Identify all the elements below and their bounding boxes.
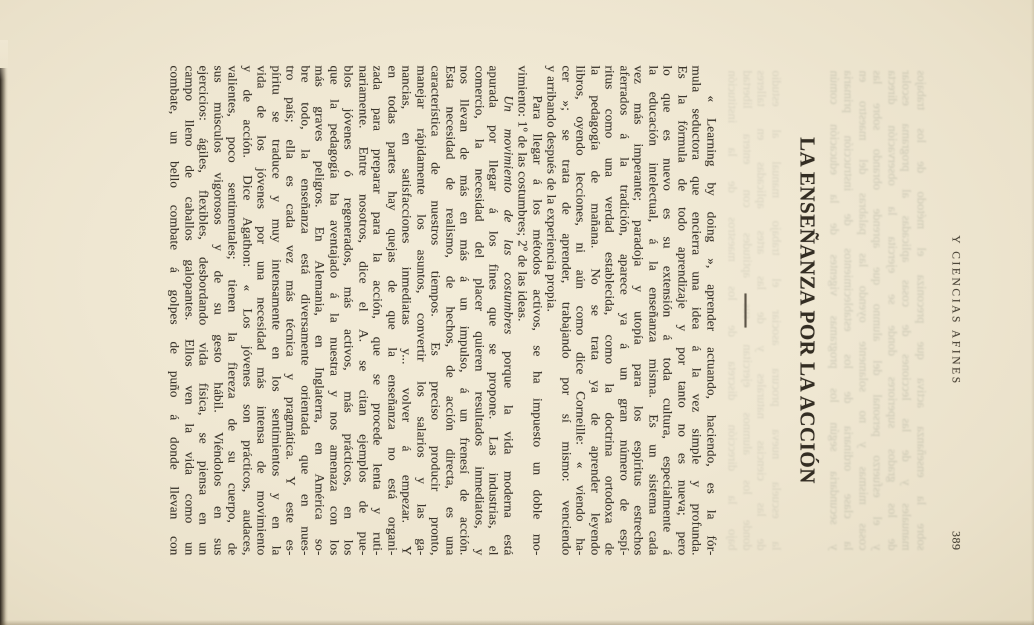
ink-showthrough-upper: sobre la enseñanza activa que preconiza …	[827, 71, 929, 551]
body-line: vez más imperante; paradoja y utopía par…	[632, 66, 647, 556]
body-line: y arribando después de la experiencia pr…	[545, 66, 560, 556]
body-line: y de acción. Dice Agathon: « Los jóvenes…	[240, 66, 255, 556]
page-number: 389	[949, 517, 964, 551]
body-line: Un movimiento de las costumbres porque l…	[501, 66, 516, 556]
body-line: Es la fórmula de todo aprendizaje y por …	[675, 66, 690, 556]
body-line: píritu se traduce y muy intensamente en …	[269, 66, 284, 556]
scan-edge-shadow-fade	[0, 40, 8, 80]
body-line: mula seductora que encierra una idea á l…	[690, 66, 705, 556]
showthrough-line: de las ciencias naturales y de las artes…	[755, 71, 770, 551]
ink-showthrough-mid: la escuela nueva procura asociar el trab…	[726, 71, 784, 551]
body-line: vida de los jóvenes por una necesidad má…	[255, 66, 270, 556]
body-line: cer »; se trata de aprender, trabajando …	[559, 66, 574, 556]
body-line: nariamente. Entre nosotros, dice el A. s…	[356, 66, 371, 556]
body-text: « Learning by doing », aprender actuando…	[168, 66, 719, 556]
body-line: ejercicios: ágiles, flexibles, desbordan…	[197, 66, 212, 556]
body-line: valientes, poco sentimentales; tienen la…	[226, 66, 241, 556]
article-title: LA ENSEÑANZA POR LA ACCIÓN	[795, 66, 820, 556]
body-line: manejar rápidamente los asuntos, convert…	[414, 66, 429, 556]
scan-edge-shadow-bottom	[0, 620, 1034, 625]
showthrough-line: la clase ordinaria de los establecimient…	[842, 71, 857, 551]
showthrough-line: donde los alumnos ejercitan sus aptitude…	[740, 71, 755, 551]
body-line: apurada por llegar á los fines que se pr…	[487, 66, 502, 556]
body-line: más graves peligros. En Alemania, en Ing…	[313, 66, 328, 556]
body-line: tro país; ella es cada vez más técnica y…	[284, 66, 299, 556]
body-line: aferrados á la tradición, aparece ya á u…	[617, 66, 632, 556]
body-line: lo que es nuevo es su extensión á toda c…	[661, 66, 676, 556]
body-line: que la pedagogía ha aventajado á la nues…	[327, 66, 342, 556]
body-line: « Learning by doing », aprender actuando…	[704, 66, 719, 556]
rotated-page-content: sobre la enseñanza activa que preconiza …	[0, 1, 1034, 625]
body-line: vimiento: 1º de las costumbres; 2º de la…	[516, 66, 531, 556]
running-head: Y CIENCIAS AFINES	[950, 66, 962, 556]
showthrough-line: manuales y de las lecciones de cosas apl…	[900, 71, 915, 551]
document-scan: sobre la enseñanza activa que preconiza …	[0, 0, 1034, 625]
body-line: Para llegar á los métodos activos, se ha…	[530, 66, 545, 556]
showthrough-line: y el esfuerzo personal del alumno que ap…	[871, 71, 886, 551]
body-line: blos jóvenes ó regenerados, más activos,…	[342, 66, 357, 556]
showthrough-line: de los grados superiores donde se ejerci…	[885, 71, 900, 551]
body-line: sus músculos vigorosos y de su gesto háb…	[211, 66, 226, 556]
showthrough-line: la escuela nueva procura asociar el trab…	[769, 71, 784, 551]
body-line: bre todo, la enseñanza está diversamente…	[298, 66, 313, 556]
body-line: nancias, en satisfacciones inmediatas y.…	[400, 66, 415, 556]
showthrough-line: sobre la enseñanza activa que preconiza …	[914, 71, 929, 551]
body-line: zada para preparar para la acción, que s…	[371, 66, 386, 556]
showthrough-line: bajo la dirección discreta de los maestr…	[726, 71, 741, 551]
body-line: en todas partes hay quejas de que la ens…	[385, 66, 400, 556]
body-line: comercio, la necesidad del placer quiere…	[472, 66, 487, 556]
body-line: característica de nuestros tiempos. Es p…	[429, 66, 444, 556]
body-line: ritus como una verdad establecida, como …	[603, 66, 618, 556]
body-line: libros, oyendo lecciones, ni aún como di…	[574, 66, 589, 556]
body-line: la educación intelectual, á la enseñanza…	[646, 66, 661, 556]
body-line: Esta necesidad de realismo, de hechos, d…	[443, 66, 458, 556]
showthrough-line: cosas mismas y no solamente oyendo las p…	[856, 71, 871, 551]
scan-edge-shadow-left	[0, 68, 8, 625]
body-line: combate, un bello combate á golpes de pu…	[168, 66, 183, 556]
body-line: campo lleno de caballos galopantes. Ello…	[182, 66, 197, 556]
body-line: nos llevan de más en más á un impulso, á…	[458, 66, 473, 556]
body-line: la pedagogía de mañana. No se trata ya d…	[588, 66, 603, 556]
showthrough-line: y secundaria según los programas vigente…	[827, 71, 842, 551]
title-divider-rule	[745, 294, 747, 328]
